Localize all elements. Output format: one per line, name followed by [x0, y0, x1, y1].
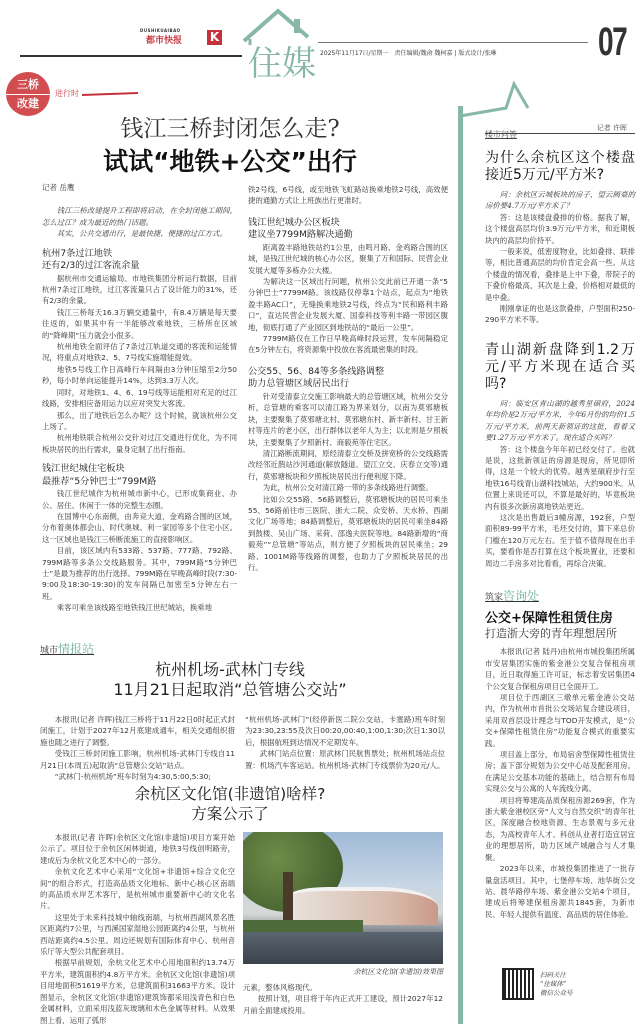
sidebar-column: 为什么余杭区这个楼盘接近5万元/平方米? 问：余杭区云城板块的房子，望云阙臺的房…: [485, 136, 635, 920]
para: 2023年以来，市城投集团推进了一批存量盘活项目。其中，七堡停车场、池华街公交站…: [485, 863, 635, 920]
consult-title: 公交+保障性租赁住房: [485, 610, 635, 627]
hedge-shape: [243, 920, 363, 932]
para: 为此，杭州公交对清江路一带的多条线路进行调整。: [248, 482, 448, 493]
qr-block: 扫码关注 “住媒体” 微信公众号: [502, 968, 573, 1000]
para: 钱江三桥每天16.3万辆交通量中，有8.4万辆是每天要往返的，如果其中有一半能够…: [42, 307, 237, 341]
masthead-rule: [20, 55, 242, 57]
para: 答：这是该楼盘叠排的价格。据我了解，这个楼盘高层均价3.9万元/平方米，和近期板…: [485, 212, 635, 246]
masthead-chinese: 都市快报: [146, 33, 182, 46]
photo-caption: 余杭区文化馆(非遗馆)效果图: [243, 967, 443, 977]
para: 一般来说，低密度物业，比如叠排、联排等，相比普通高层的均价肯定会高一些。从这个楼…: [485, 246, 635, 303]
qa2-question: 问：临安区青山湖的越秀星碩府，2024年均价是2万元/平方米，今年6月份的均价1…: [485, 398, 635, 444]
para: 比如公交55路、56路调整后，莫邪塘板块的居民可乘坐55、56路前往市三医院、浙…: [248, 494, 448, 574]
para: “武林门-杭州机场”班车时刻为4:30,5:00,5:30;: [40, 771, 235, 782]
qr-line: 扫码关注: [540, 971, 573, 980]
lead-column-1: 记者 岳鹰 钱江三桥改建提升工程即将启动，在全封闭施工期间，怎么过江？成为最近的…: [42, 182, 237, 614]
para: 钱江世纪城作为杭州城市新中心，已形成集商业、办公、居住、休闲于一体的完整生态圈。: [42, 488, 237, 511]
para: 杭州地铁全面评估了7条过江轨道交通的客流和运能情况，将重点对地铁2、5、7号线实…: [42, 341, 237, 364]
qa1-question: 问：余杭区云城板块的房子，望云阙臺的房价要4.7万元/平方米了？: [485, 189, 635, 212]
culture-title: 余杭区文化馆(非遗馆)啥样? 方案公示了: [0, 784, 460, 824]
subhead: 还有2/3的过江客流余量: [42, 260, 237, 273]
section-logo-text: 住媒: [248, 44, 316, 83]
intro-para: 钱江三桥改建提升工程即将启动，在全封闭施工期间，怎么过江？成为最近的热门话题。: [42, 205, 237, 228]
subhead: 杭州7条过江地铁: [42, 248, 237, 261]
badge-top: 三桥: [17, 78, 39, 91]
para: 项目将筹建高品质保租房源269套，作为浙大紫金港校区旁“人文与自然交织”的青年社…: [485, 795, 635, 863]
subhead: 建议坐7799M路解决通勤: [248, 229, 448, 242]
sidebar-reporter: 记者 许晖: [597, 123, 627, 133]
brief-title-line2: 11月21日起取消“总管塘公交站”: [0, 680, 460, 700]
consult-tag-prefix: 筑家: [485, 593, 503, 603]
culture-column-1: 本报讯(记者 许晖)余杭区文化馆(非遗馆)项目方案开始公示了。项目位于余杭区闲林…: [40, 832, 235, 1024]
para: 清江路断流期间，原经清泰立交桥及拼宽桥的公交线路需改经邻近鹊站沙河通道(解放隧道…: [248, 448, 448, 482]
lead-title-line1: 钱江三桥封闭怎么走?: [0, 110, 460, 143]
para: 针对受清泰立交施工影响最大的总管塘区域，杭州公交分析，总管塘的乘客可以清江路为界…: [248, 391, 448, 448]
para: 在国博中心东南侧，由奔竞大道、金鸡路合围的区域，分布着奥体都会山、时代奥城、利一…: [42, 511, 237, 545]
para: 刚刚拿证的也是这款叠排，户型面积250-290平方米不等。: [485, 303, 635, 326]
consult-subtitle: 打造浙大旁的青年理想居所: [485, 627, 635, 641]
para: 铁2号线、6号线，或至地铁飞虹路站换乘地铁2号线，高效便捷的通勤方式让上班族出行…: [248, 184, 448, 207]
badge-bottom: 改建: [17, 97, 39, 110]
qr-line: 微信公众号: [540, 989, 573, 998]
para: 据杭州市交通运输局、市地铁集团分析运行数据，目前杭州7条过江地铁，过江客流量只占…: [42, 273, 237, 307]
brief-tag-prefix: 城市: [40, 646, 58, 656]
qr-line: “住媒体”: [540, 980, 573, 989]
para: 杭州地铁联合杭州公交针对过江交通进行优化，为不同板块居民的出行需求，量身定制了出…: [42, 432, 237, 455]
brief-tag: 城市情报站: [40, 640, 94, 657]
sidebar-accent-bar: [458, 106, 463, 1024]
byline: 记者 岳鹰: [42, 182, 237, 193]
para: 答：这个楼盘今年年初已经交付了。也就是说，这批新领证的房源是现房，所见即所得，这…: [485, 444, 635, 512]
header-rule: [318, 42, 588, 43]
road-shape: [243, 932, 443, 964]
para: 这次是出售最后3幢房源，192套，户型面积89-99平方米，毛坯交付的，算下来总…: [485, 512, 635, 569]
brief-tag-main: 情报站: [58, 642, 94, 656]
culture-title-line2: 方案公示了: [0, 804, 460, 824]
para: 受钱江三桥封闭施工影响，杭州机场-武林门专线自11月21日(本周五)起取消“总管…: [40, 748, 235, 771]
para: 本报讯(记者 许晖)钱江三桥将于11月22日0时起正式封闭施工，计划于2027年…: [40, 714, 235, 748]
para: 项目位于西湖区三墩单元紫金港公交站内，作为杭州市首批公交场站复合建设项目，采用双…: [485, 692, 635, 749]
qa2-title: 青山湖新盘降到1.2万元/平方米现在适合买吗?: [485, 342, 635, 393]
consult-tag: 筑家咨询处: [485, 591, 635, 604]
intro-para: 其实，公共交通出行，是最快捷、便捷的过江方式。: [42, 228, 237, 239]
brief-title-line1: 杭州机场-武林门专线: [0, 660, 460, 680]
brief-column-1: 本报讯(记者 许晖)钱江三桥将于11月22日0时起正式封闭施工，计划于2027年…: [40, 714, 235, 782]
para: 为解决这一区域出行问题，杭州公交此前已开通一条“5分钟巴士”7799M路。该线路…: [248, 276, 448, 333]
k-logo-icon: K: [207, 30, 222, 45]
para: 根据早前规划，余杭文化艺术中心用地面积约13.74万平方米，建筑面积约4.8万平…: [40, 957, 235, 1024]
culture-title-line1: 余杭区文化馆(非遗馆)啥样?: [0, 784, 460, 804]
para: 元素，整体风格现代。: [243, 982, 443, 993]
para: 目前，该区域内有533路、537路、777路、792路、799M路等多条公交线路…: [42, 545, 237, 602]
culture-center-rendering: [243, 832, 443, 964]
badge-divider: [6, 94, 50, 95]
sidebar-rule: [485, 133, 635, 134]
para: 武林门站点位置：原武林门民航售票处；杭州机场站点位置：机场汽车客运站。杭州机场-…: [245, 748, 445, 771]
subhead: 钱江世纪城办公区板块: [248, 217, 448, 230]
para: 余杭文化艺术中心采用“文化馆+非遗馆+综合文化空间”的组合形式，打造高品质文化地…: [40, 866, 235, 912]
para: 项目盖上部分，布局宿舍型保障性租赁住房；盖下部分规划为公交中心站及配套用房。在满…: [485, 749, 635, 795]
para: 那么，出了地铁后怎么办呢？这个时候，就该杭州公交上场了。: [42, 410, 237, 433]
qr-text: 扫码关注 “住媒体” 微信公众号: [540, 971, 573, 998]
para: 按照计划，项目将于年内正式开工建设，预计2027年12月前全面建成投用。: [243, 993, 443, 1016]
para: 乘客可乘坐该线路至地铁钱江世纪城站，换乘地: [42, 602, 237, 613]
para: 同时，对地铁1、4、6、19号线等运能相对充足的过江线路，安排相应备用运力以应对…: [42, 387, 237, 410]
para: 距离盈丰路地铁站约1公里，由鸣月路、金鸡路合围的区域，是钱江世纪城的核心办公区，…: [248, 242, 448, 276]
para: 这里处于未来科技城中轴线南端，与杭州西湖风景名胜区距离约7公里，与西溪国家湿地公…: [40, 912, 235, 958]
para: 本报讯(记者 许晖)余杭区文化馆(非遗馆)项目方案开始公示了。项目位于余杭区闲林…: [40, 832, 235, 866]
lead-title-line2: 试试“地铁+公交”出行: [0, 142, 460, 178]
badge-line: [82, 92, 138, 95]
house-logo-icon: 住媒: [238, 5, 318, 83]
sidebar-roof-icon: [456, 80, 642, 120]
qr-code-icon[interactable]: [502, 968, 534, 1000]
para: 本报讯(记者 陆丹)由杭州市城投集团所属市安居集团实施的紫金港公交复合保租房项目…: [485, 646, 635, 692]
badge-tag: 进行时: [55, 88, 79, 99]
culture-column-2: 元素，整体风格现代。 按照计划，项目将于年内正式开工建设，预计2027年12月前…: [243, 982, 443, 1016]
header-meta: 2025年11月17日/星期一 责任编辑/魏俞 魏柯嘉 | 版式设计/张琳: [320, 48, 496, 57]
subhead: 公交55、56、84等多条线路调整: [248, 366, 448, 379]
para: 7799M路仅在工作日早晚高峰时段运营，发车间隔稳定在5分钟左右，将资源集中投放…: [248, 333, 448, 356]
subhead: 最推荐“5分钟巴士”799M路: [42, 476, 237, 489]
lead-column-2: 铁2号线、6号线，或至地铁飞虹路站换乘地铁2号线，高效便捷的通勤方式让上班族出行…: [248, 184, 448, 573]
para: “杭州机场-武林门”(经停新医二院公交站、卡塞路)班车时刻为23:30,23:5…: [245, 714, 445, 748]
brief-title: 杭州机场-武林门专线 11月21日起取消“总管塘公交站”: [0, 660, 460, 700]
subhead: 钱江世纪城住宅板块: [42, 463, 237, 476]
consult-tag-main: 咨询处: [503, 589, 539, 603]
para: 地铁5号线工作日高峰行车间隔由3分钟压缩至2分50秒，每小时单向运能提升14%，…: [42, 364, 237, 387]
qa1-title: 为什么余杭区这个楼盘接近5万元/平方米?: [485, 150, 635, 184]
subhead: 助力总管塘区域居民出行: [248, 378, 448, 391]
page-number: 07: [598, 20, 626, 65]
brief-column-2: “杭州机场-武林门”(经停新医二院公交站、卡塞路)班车时刻为23:30,23:5…: [245, 714, 445, 771]
